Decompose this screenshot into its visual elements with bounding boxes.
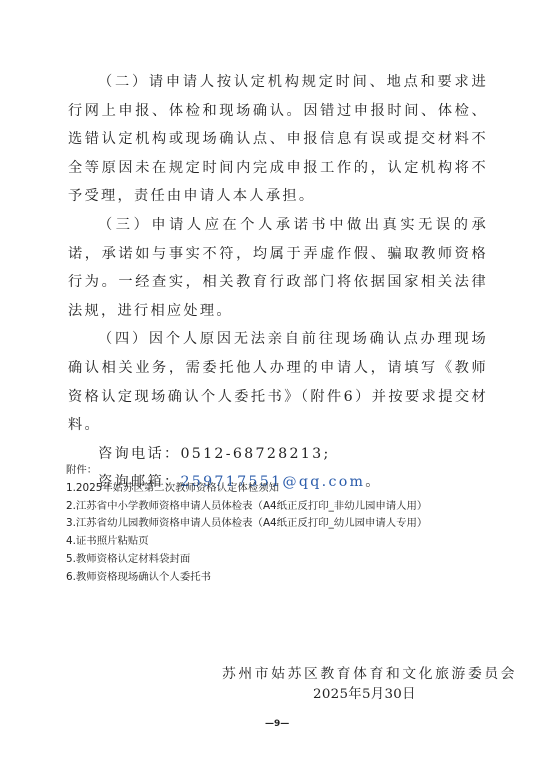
document-page: （二）请申请人按认定机构规定时间、地点和要求进行网上申报、体检和现场确认。因错过…: [0, 0, 554, 784]
phone-label: 咨询电话：: [98, 446, 180, 462]
attachment-item: 3.江苏省幼儿园教师资格申请人员体检表（A4纸正反打印_幼儿园申请人专用）: [66, 515, 427, 533]
issuer-signature: 苏州市姑苏区教育体育和文化旅游委员会: [222, 662, 517, 682]
attachment-item: 4.证书照片粘贴页: [66, 533, 427, 551]
attachments-list: 附件： 1.2025年姑苏区第二次教师资格认定体检须知 2.江苏省中小学教师资格…: [66, 462, 427, 587]
page-number: —9—: [265, 719, 289, 729]
issue-date: 2025年5月30日: [313, 683, 416, 702]
attachment-item: 6.教师资格现场确认个人委托书: [66, 569, 427, 587]
attachment-item: 2.江苏省中小学教师资格申请人员体检表（A4纸正反打印_非幼儿园申请人用）: [66, 498, 427, 516]
attachments-heading: 附件：: [66, 462, 427, 480]
paragraph-3: （三）申请人应在个人承诺书中做出真实无误的承诺，承诺如与事实不符，均属于弄虚作假…: [68, 211, 488, 325]
paragraph-2: （二）请申请人按认定机构规定时间、地点和要求进行网上申报、体检和现场确认。因错过…: [68, 68, 488, 211]
body-text: （二）请申请人按认定机构规定时间、地点和要求进行网上申报、体检和现场确认。因错过…: [68, 68, 488, 497]
attachment-item: 1.2025年姑苏区第二次教师资格认定体检须知: [66, 480, 427, 498]
phone-value: 0512-68728213;: [180, 446, 330, 462]
paragraph-4: （四）因个人原因无法亲自前往现场确认点办理现场确认相关业务，需委托他人办理的申请…: [68, 325, 488, 439]
attachment-item: 5.教师资格认定材料袋封面: [66, 551, 427, 569]
